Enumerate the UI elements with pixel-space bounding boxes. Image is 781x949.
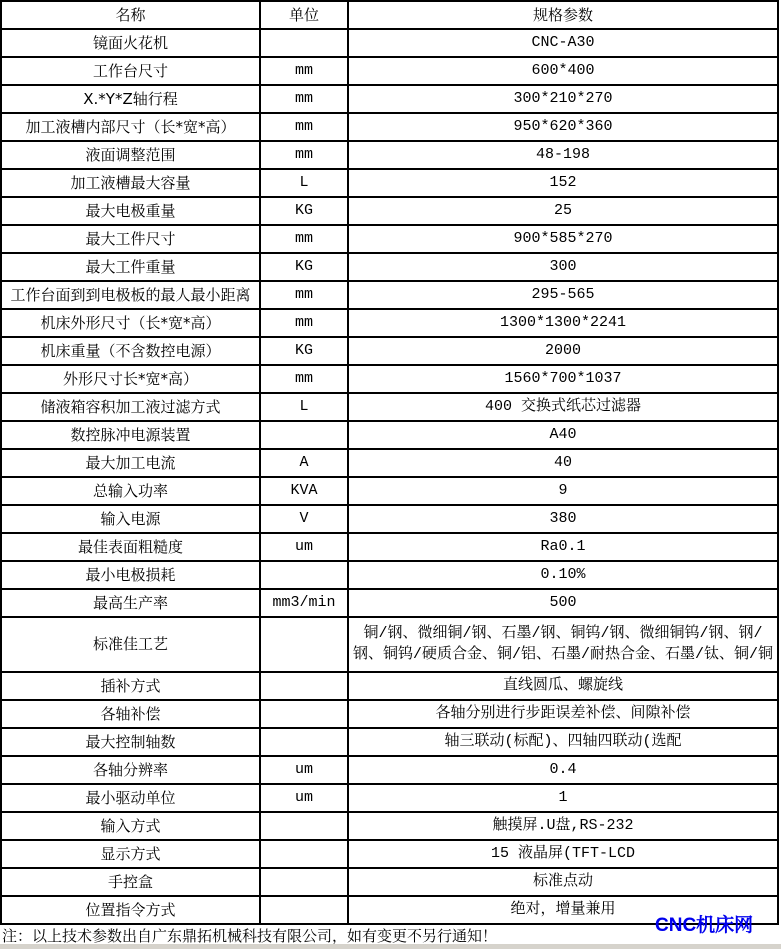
spec-unit: KG	[260, 337, 348, 365]
spec-unit: KG	[260, 197, 348, 225]
spec-unit	[260, 812, 348, 840]
spec-value: 1300*1300*2241	[348, 309, 778, 337]
spec-name: 各轴补偿	[1, 700, 260, 728]
spec-name: 输入方式	[1, 812, 260, 840]
spec-name: 最佳表面粗糙度	[1, 533, 260, 561]
spec-unit	[260, 29, 348, 57]
spec-value: 900*585*270	[348, 225, 778, 253]
spec-name: 最大工件尺寸	[1, 225, 260, 253]
spec-value: 380	[348, 505, 778, 533]
spec-name: 机床重量（不含数控电源）	[1, 337, 260, 365]
spec-name: 手控盒	[1, 868, 260, 896]
spec-unit: mm	[260, 85, 348, 113]
header-name: 名称	[1, 1, 260, 29]
spec-value: 0.4	[348, 756, 778, 784]
spec-value: 152	[348, 169, 778, 197]
spec-value: 1560*700*1037	[348, 365, 778, 393]
spec-unit: mm	[260, 281, 348, 309]
spec-unit	[260, 700, 348, 728]
spec-name: 液面调整范围	[1, 141, 260, 169]
spec-unit	[260, 617, 348, 672]
spec-value: 25	[348, 197, 778, 225]
table-row: 加工液槽内部尺寸（长*宽*高）mm950*620*360	[1, 113, 778, 141]
spec-name: 加工液槽内部尺寸（长*宽*高）	[1, 113, 260, 141]
table-row: 工作台尺寸mm600*400	[1, 57, 778, 85]
spec-name: 最小电极损耗	[1, 561, 260, 589]
table-row: 最小电极损耗0.10%	[1, 561, 778, 589]
spec-unit: mm	[260, 141, 348, 169]
spec-unit: KG	[260, 253, 348, 281]
spec-unit: A	[260, 449, 348, 477]
spec-value: 600*400	[348, 57, 778, 85]
spec-value: CNC-A30	[348, 29, 778, 57]
table-row: 加工液槽最大容量L152	[1, 169, 778, 197]
spec-value: 标准点动	[348, 868, 778, 896]
table-row: 最大电极重量KG25	[1, 197, 778, 225]
table-row: 总输入功率KVA9	[1, 477, 778, 505]
spec-name: 工作台面到到电极板的最人最小距离	[1, 281, 260, 309]
spec-name: 输入电源	[1, 505, 260, 533]
spec-value: 触摸屏.U盘,RS-232	[348, 812, 778, 840]
header-value: 规格参数	[348, 1, 778, 29]
spec-name: X.*Y*Z轴行程	[1, 85, 260, 113]
spec-name: 储液箱容积加工液过滤方式	[1, 393, 260, 421]
spec-name: 插补方式	[1, 672, 260, 700]
spec-name: 最大控制轴数	[1, 728, 260, 756]
spec-name: 显示方式	[1, 840, 260, 868]
table-row: 手控盒标准点动	[1, 868, 778, 896]
spec-name: 总输入功率	[1, 477, 260, 505]
spec-name: 最大电极重量	[1, 197, 260, 225]
spec-value: 0.10%	[348, 561, 778, 589]
spec-unit: L	[260, 393, 348, 421]
table-row: 输入电源V380	[1, 505, 778, 533]
spec-unit: V	[260, 505, 348, 533]
spec-name: 位置指令方式	[1, 896, 260, 924]
table-row: 最高生产率mm3/min500	[1, 589, 778, 617]
spec-name: 外形尺寸长*宽*高）	[1, 365, 260, 393]
spec-unit	[260, 840, 348, 868]
spec-unit: mm	[260, 365, 348, 393]
table-row: 机床外形尺寸（长*宽*高）mm1300*1300*2241	[1, 309, 778, 337]
table-row: X.*Y*Z轴行程mm300*210*270	[1, 85, 778, 113]
spec-value: 各轴分别进行步距误差补偿、间隙补偿	[348, 700, 778, 728]
spec-value: 1	[348, 784, 778, 812]
table-row: 输入方式触摸屏.U盘,RS-232	[1, 812, 778, 840]
spec-value: 400 交换式纸芯过滤器	[348, 393, 778, 421]
table-row: 储液箱容积加工液过滤方式L400 交换式纸芯过滤器	[1, 393, 778, 421]
spec-value: 300*210*270	[348, 85, 778, 113]
spec-name: 数控脉冲电源装置	[1, 421, 260, 449]
spec-name: 最高生产率	[1, 589, 260, 617]
table-row: 液面调整范围mm48-198	[1, 141, 778, 169]
table-row: 最佳表面粗糙度umRa0.1	[1, 533, 778, 561]
table-row: 工作台面到到电极板的最人最小距离mm295-565	[1, 281, 778, 309]
spec-unit	[260, 561, 348, 589]
spec-value: A40	[348, 421, 778, 449]
table-row: 最大工件尺寸mm900*585*270	[1, 225, 778, 253]
table-row: 最大加工电流A40	[1, 449, 778, 477]
table-row: 最大控制轴数轴三联动(标配)、四轴四联动(选配	[1, 728, 778, 756]
spec-name: 加工液槽最大容量	[1, 169, 260, 197]
spec-unit	[260, 672, 348, 700]
table-row: 外形尺寸长*宽*高）mm1560*700*1037	[1, 365, 778, 393]
table-row: 数控脉冲电源装置A40	[1, 421, 778, 449]
table-header-row: 名称 单位 规格参数	[1, 1, 778, 29]
spec-unit: um	[260, 756, 348, 784]
spec-name: 标准佳工艺	[1, 617, 260, 672]
spec-name: 工作台尺寸	[1, 57, 260, 85]
table-row: 插补方式直线圆瓜、螺旋线	[1, 672, 778, 700]
spec-unit: mm	[260, 309, 348, 337]
table-row: 标准佳工艺铜/钢、微细铜/钢、石墨/钢、铜钨/钢、微细铜钨/钢、钢/钢、铜钨/硬…	[1, 617, 778, 672]
spec-value: 铜/钢、微细铜/钢、石墨/钢、铜钨/钢、微细铜钨/钢、钢/钢、铜钨/硬质合金、铜…	[348, 617, 778, 672]
spec-value: 300	[348, 253, 778, 281]
table-body: 镜面火花机CNC-A30工作台尺寸mm600*400X.*Y*Z轴行程mm300…	[1, 29, 778, 924]
spec-unit	[260, 896, 348, 924]
spec-name: 最大工件重量	[1, 253, 260, 281]
table-row: 各轴补偿各轴分别进行步距误差补偿、间隙补偿	[1, 700, 778, 728]
spec-unit: mm3/min	[260, 589, 348, 617]
spec-value: 295-565	[348, 281, 778, 309]
spec-value: 40	[348, 449, 778, 477]
header-unit: 单位	[260, 1, 348, 29]
spec-unit: um	[260, 784, 348, 812]
spec-value: 9	[348, 477, 778, 505]
spec-unit: KVA	[260, 477, 348, 505]
spec-value: Ra0.1	[348, 533, 778, 561]
spec-unit: um	[260, 533, 348, 561]
watermark-cnc-jichuang[interactable]: CNC机床网	[655, 910, 753, 937]
table-row: 最大工件重量KG300	[1, 253, 778, 281]
spec-value: 直线圆瓜、螺旋线	[348, 672, 778, 700]
spec-unit: mm	[260, 57, 348, 85]
spec-value: 950*620*360	[348, 113, 778, 141]
spec-unit: mm	[260, 225, 348, 253]
spec-value: 48-198	[348, 141, 778, 169]
spec-table: 名称 单位 规格参数 镜面火花机CNC-A30工作台尺寸mm600*400X.*…	[0, 0, 779, 925]
spec-name: 最大加工电流	[1, 449, 260, 477]
table-row: 最小驱动单位um1	[1, 784, 778, 812]
spec-name: 机床外形尺寸（长*宽*高）	[1, 309, 260, 337]
spec-name: 各轴分辨率	[1, 756, 260, 784]
spec-unit	[260, 728, 348, 756]
spec-unit: L	[260, 169, 348, 197]
spec-sheet: 名称 单位 规格参数 镜面火花机CNC-A30工作台尺寸mm600*400X.*…	[0, 0, 781, 949]
spec-value: 15 液晶屏(TFT-LCD	[348, 840, 778, 868]
spec-unit: mm	[260, 113, 348, 141]
bottom-edge-strip	[0, 944, 781, 949]
table-row: 镜面火花机CNC-A30	[1, 29, 778, 57]
table-row: 显示方式15 液晶屏(TFT-LCD	[1, 840, 778, 868]
spec-name: 镜面火花机	[1, 29, 260, 57]
spec-value: 500	[348, 589, 778, 617]
table-row: 各轴分辨率um0.4	[1, 756, 778, 784]
spec-unit	[260, 868, 348, 896]
spec-name: 最小驱动单位	[1, 784, 260, 812]
spec-value: 轴三联动(标配)、四轴四联动(选配	[348, 728, 778, 756]
spec-value: 2000	[348, 337, 778, 365]
spec-unit	[260, 421, 348, 449]
table-row: 机床重量（不含数控电源）KG2000	[1, 337, 778, 365]
